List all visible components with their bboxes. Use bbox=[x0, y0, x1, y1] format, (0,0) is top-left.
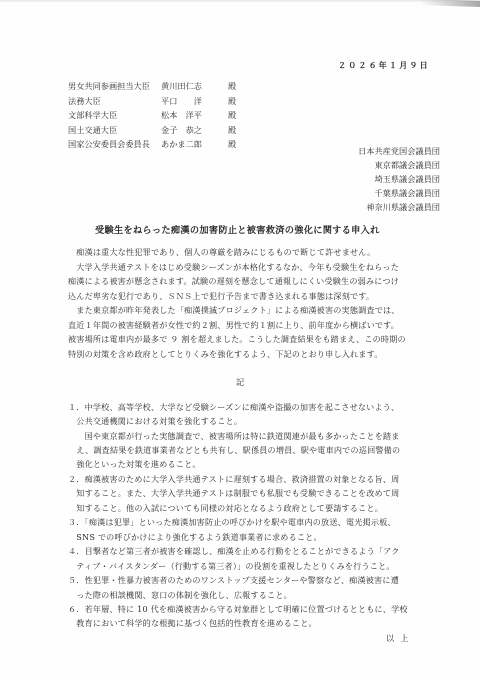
addressee-role: 法務大臣 bbox=[68, 96, 101, 107]
item-line: 国や東京都が行った実態調査で、被害場所は特に鉄道関連が最も多かったことを踏ま bbox=[68, 431, 400, 442]
sender: 神奈川県議会議員団 bbox=[366, 202, 440, 213]
document-page: ２０２６年１月９日 男女共同参画担当大臣 黄川田仁志 殿 法務大臣 平口 洋 殿… bbox=[0, 0, 480, 679]
addressee-honorific: 殿 bbox=[228, 96, 236, 107]
sender: 日本共産党国会議員団 bbox=[358, 146, 440, 157]
addressee-honorific: 殿 bbox=[228, 139, 236, 150]
sender: 東京都議会議員団 bbox=[374, 160, 440, 171]
document-date: ２０２６年１月９日 bbox=[338, 60, 430, 71]
document-title: 受験生をねらった痴漢の加害防止と被害救済の強化に関する申入れ bbox=[95, 225, 380, 236]
scan-edge-shadow bbox=[420, 0, 480, 7]
item-line: ５．性犯罪・性暴力被害者のためのワンストップ支援センターや警察など、痴漢被害に遭 bbox=[68, 575, 399, 586]
body-line: 被害場所は電車内が最多で ９ 割を超えました。こうした調査結果をも踏まえ、この時… bbox=[68, 334, 406, 345]
item-line: SNS での呼びかけにより強化するよう鉄道事業者に求めること。 bbox=[68, 532, 322, 543]
item-line: 知すること。他の入試についても同様の対応となるよう政府として要請すること。 bbox=[68, 503, 383, 514]
addressee-role: 国土交通大臣 bbox=[68, 125, 117, 136]
ki-heading: 記 bbox=[236, 377, 244, 388]
sender: 千葉県議会議員団 bbox=[374, 188, 440, 199]
addressee-role: 男女共同参画担当大臣 bbox=[68, 81, 150, 92]
item-line: ２．痴漢被害のために大学入学共通テストに遅刻する場合、救済措置の対象となる旨、周 bbox=[68, 474, 399, 485]
item-line: 公共交通機関における対策を強化すること。 bbox=[68, 416, 242, 427]
item-line: え、調査結果を鉄道事業者などとも共有し、駅係員の増員、駅や電車内での巡回警備の bbox=[68, 445, 400, 456]
item-line: った際の相談機関、窓口の体制を強化し、広報すること。 bbox=[68, 590, 292, 601]
addressee-name: 黄川田仁志 bbox=[161, 81, 202, 92]
sender: 埼玉県議会議員団 bbox=[374, 174, 440, 185]
body-line: また東京都が昨年発表した「痴漢撲滅プロジェクト」による痴漢被害の実態調査では、 bbox=[68, 305, 400, 316]
body-line: 痴漢による被害が懸念されます。試験の遅刻を懸念して通報しにくい受験生の弱みにつけ bbox=[68, 276, 399, 287]
item-line: １．中学校、高等学校、大学など受験シーズンに痴漢や盗撮の加害を起こさせないよう、 bbox=[68, 402, 399, 413]
item-line: ４．目撃者など第三者が被害を確認し、痴漢を止める行動をとることができるよう「アク bbox=[68, 546, 400, 557]
scan-edge bbox=[0, 0, 480, 3]
addressee-role: 国家公安委員会委員長 bbox=[68, 139, 150, 150]
item-line: ６．若年層、特に 10 代を痴漢被害から守る対象群として明確に位置づけるとともに… bbox=[68, 604, 408, 615]
closing-text: 以上 bbox=[386, 633, 414, 644]
addressee-honorific: 殿 bbox=[228, 125, 236, 136]
item-line: ティブ・バイスタンダー（行動する第三者）」の役割を重視したとりくみを行うこと。 bbox=[68, 561, 395, 572]
item-line: 知すること。また、大学入学共通テストは制服でも私服でも受験できることを改めて周 bbox=[68, 488, 399, 499]
addressee-honorific: 殿 bbox=[228, 110, 236, 121]
addressee-name: 平口 洋 bbox=[161, 96, 202, 107]
addressee-name: 松本 洋平 bbox=[161, 110, 202, 121]
item-line: 教育において科学的な根拠に基づく包括的性教育を進めること。 bbox=[68, 618, 317, 629]
body-line: 特別の対策を含め政府としてとりくみを強化するよう、下記のとおり申し入れます。 bbox=[68, 349, 383, 360]
addressee-name: あかま二郎 bbox=[161, 139, 202, 150]
body-line: 大学入学共通テストをはじめ受験シーズンが本格化するなか、今年も受験生をねらった bbox=[68, 262, 399, 273]
body-line: 直近１年間の被害経験者が女性で約２割、男性で約１割に上り、前年度から横ばいです。 bbox=[68, 320, 399, 331]
item-line: ３．「痴漢は犯罪」といった痴漢加害防止の呼びかけを駅や電車内の放送、電光掲示板、 bbox=[68, 517, 396, 528]
item-line: 強化といった対策を進めること。 bbox=[68, 459, 201, 470]
addressee-role: 文部科学大臣 bbox=[68, 110, 117, 121]
addressee-honorific: 殿 bbox=[228, 81, 236, 92]
body-line: 痴漢は重大な性犯罪であり、個人の尊厳を踏みにじるもので断じて許せません。 bbox=[68, 247, 375, 258]
addressee-name: 金子 恭之 bbox=[161, 125, 202, 136]
body-line: 込んだ卑劣な犯行であり、ＳＮＳ上で犯行予告まで書き込まれる事態は深刻です。 bbox=[68, 291, 374, 302]
